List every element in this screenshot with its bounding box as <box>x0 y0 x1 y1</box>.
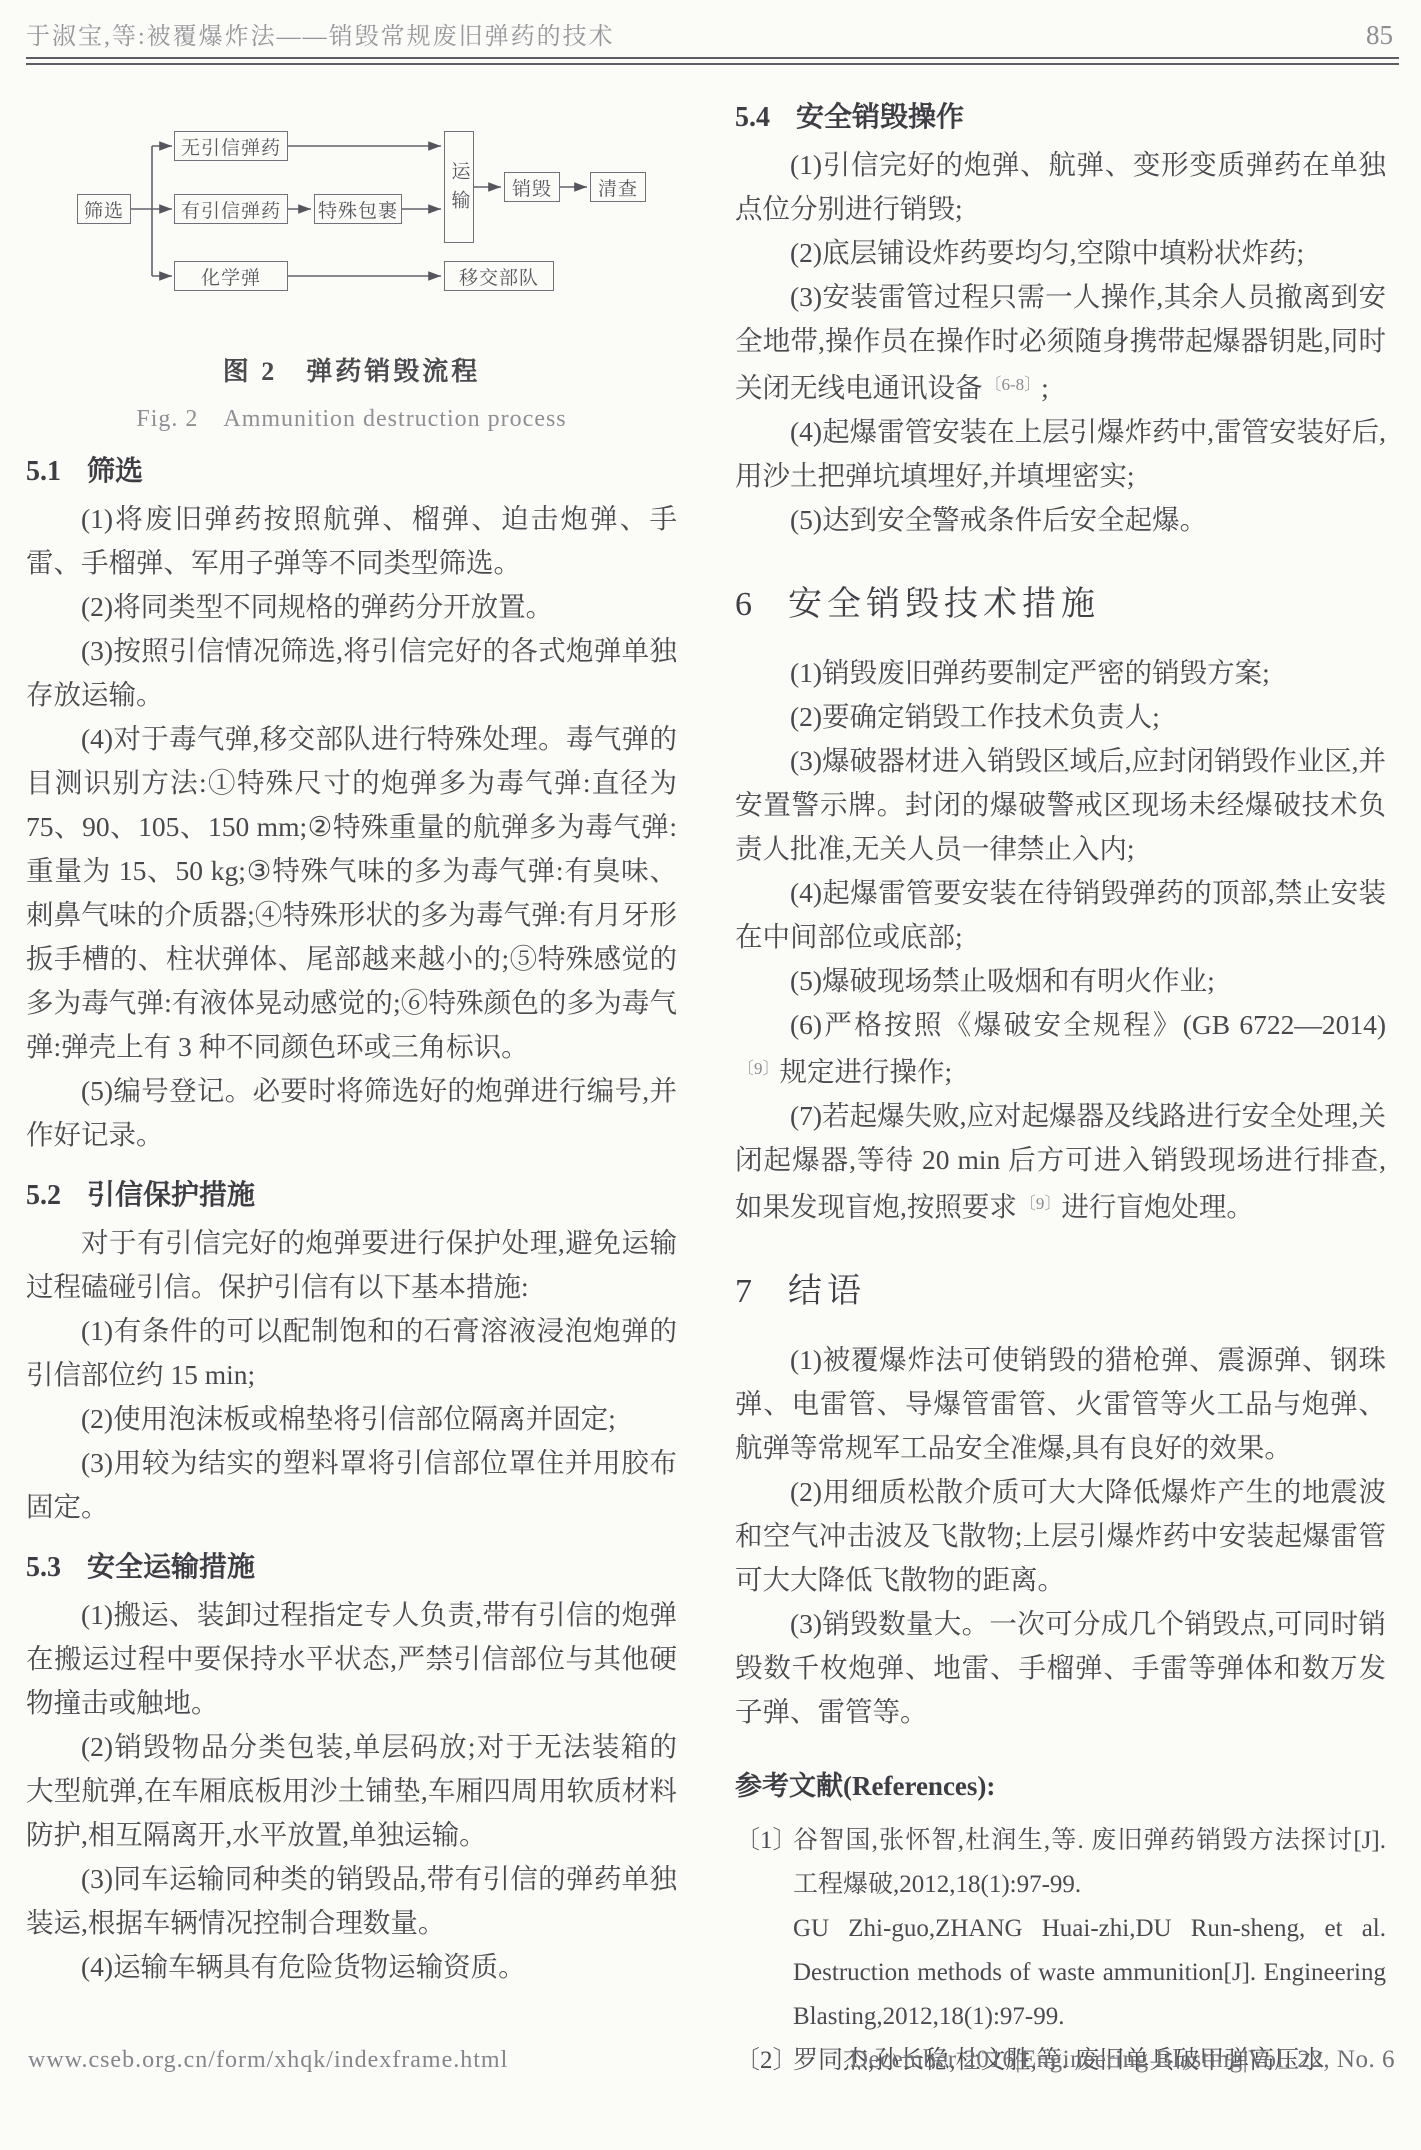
section-heading-5-4: 5.4安全销毁操作 <box>735 95 1386 135</box>
paragraph: (4)运输车辆具有危险货物运输资质。 <box>26 1945 677 1989</box>
citation-superscript: 〔6-8〕 <box>985 375 1042 394</box>
section-heading-5-2: 5.2引信保护措施 <box>26 1173 677 1213</box>
paragraph: (1)有条件的可以配制饱和的石膏溶液浸泡炮弹的引信部位约 15 min; <box>26 1309 677 1397</box>
section-heading-7: 7结语 <box>735 1263 1386 1312</box>
paragraph: (2)将同类型不同规格的弹药分开放置。 <box>26 585 677 629</box>
reference-marker: 〔1〕 <box>735 1819 793 2039</box>
paragraph: (2)销毁物品分类包装,单层码放;对于无法装箱的大型航弹,在车厢底板用沙土铺垫,… <box>26 1725 677 1857</box>
right-column: 5.4安全销毁操作 (1)引信完好的炮弹、航弹、变形变质弹药在单独点位分别进行销… <box>735 75 1386 2083</box>
flowchart-figure: 筛选 无引信弹药 有引信弹药 特殊包裹 化学弹 运输 销毁 清查 移交部队 <box>52 91 652 323</box>
footer-issue-info: December 2016|Engineering Blasting|Vol. … <box>850 2046 1395 2074</box>
flow-node-screening: 筛选 <box>77 194 131 224</box>
reference-text-zh: 谷智国,张怀智,杜润生,等. 废旧弹药销毁方法探讨[J]. 工程爆破,2012,… <box>793 1827 1386 1898</box>
figure-caption-en: Fig. 2 Ammunition destruction process <box>26 398 677 433</box>
section-title: 安全销毁操作 <box>796 102 964 133</box>
paragraph-text: (3)安装雷管过程只需一人操作,其余人员撤离到安全地带,操作员在操作时必须随身携… <box>735 281 1386 403</box>
paragraph-text: (6)严格按照《爆破安全规程》(GB 6722—2014) <box>790 1009 1386 1040</box>
section-number: 7 <box>735 1273 752 1310</box>
page-number: 85 <box>1366 20 1393 51</box>
section-heading-5-3: 5.3安全运输措施 <box>26 1545 677 1585</box>
paragraph: 对于有引信完好的炮弹要进行保护处理,避免运输过程磕碰引信。保护引信有以下基本措施… <box>26 1221 677 1309</box>
paragraph-text: 规定进行操作; <box>780 1056 953 1087</box>
section-number: 6 <box>735 586 752 623</box>
left-column: 筛选 无引信弹药 有引信弹药 特殊包裹 化学弹 运输 销毁 清查 移交部队 图 … <box>26 75 677 2083</box>
paragraph: (3)按照引信情况筛选,将引信完好的各式炮弹单独存放运输。 <box>26 629 677 717</box>
running-head-title: 于淑宝,等:被覆爆炸法——销毁常规废旧弹药的技术 <box>26 16 615 51</box>
paragraph: (3)爆破器材进入销毁区域后,应封闭销毁作业区,并安置警示牌。封闭的爆破警戒区现… <box>735 739 1386 871</box>
paragraph: (3)销毁数量大。一次可分成几个销毁点,可同时销毁数千枚炮弹、地雷、手榴弹、手雷… <box>735 1602 1386 1734</box>
paragraph: (1)被覆爆炸法可使销毁的猎枪弹、震源弹、钢珠弹、电雷管、导爆管雷管、火雷管等火… <box>735 1338 1386 1470</box>
paragraph: (6)严格按照《爆破安全规程》(GB 6722—2014)〔9〕规定进行操作; <box>735 1003 1386 1094</box>
flow-node-handover-to-army: 移交部队 <box>444 261 554 291</box>
paragraph: (4)起爆雷管安装在上层引爆炸药中,雷管安装好后,用沙土把弹坑填埋好,并填埋密实… <box>735 410 1386 498</box>
paragraph: (1)搬运、装卸过程指定专人负责,带有引信的炮弹在搬运过程中要保持水平状态,严禁… <box>26 1593 677 1725</box>
reference-text-en: GU Zhi-guo,ZHANG Huai-zhi,DU Run-sheng, … <box>793 1915 1386 2030</box>
references-heading: 参考文献(References): <box>735 1764 1386 1803</box>
paragraph: (2)底层铺设炸药要均匀,空隙中填粉状炸药; <box>735 231 1386 275</box>
paragraph: (2)使用泡沫板或棉垫将引信部位隔离并固定; <box>26 1397 677 1441</box>
flow-node-transport: 运输 <box>444 131 474 243</box>
header-double-rule <box>26 57 1399 65</box>
paragraph-text: 进行盲炮处理。 <box>1061 1191 1254 1222</box>
page-header: 于淑宝,等:被覆爆炸法——销毁常规废旧弹药的技术 85 <box>0 0 1421 65</box>
section-number: 5.1 <box>26 456 61 487</box>
flow-node-destroy: 销毁 <box>504 172 560 202</box>
paragraph: (5)爆破现场禁止吸烟和有明火作业; <box>735 959 1386 1003</box>
flow-node-inspect: 清查 <box>590 172 646 202</box>
section-heading-5-1: 5.1筛选 <box>26 449 677 489</box>
paragraph: (2)用细质松散介质可大大降低爆炸产生的地震波和空气冲击波及飞散物;上层引爆炸药… <box>735 1470 1386 1602</box>
reference-item: 〔1〕 谷智国,张怀智,杜润生,等. 废旧弹药销毁方法探讨[J]. 工程爆破,2… <box>735 1819 1386 2039</box>
flow-node-no-fuze-ammo: 无引信弹药 <box>174 131 288 161</box>
footer-journal-url: www.cseb.org.cn/form/xhqk/indexframe.htm… <box>28 2047 508 2074</box>
section-number: 5.3 <box>26 1552 61 1583</box>
figure-caption-zh: 图 2 弹药销毁流程 <box>26 351 677 388</box>
paragraph: (5)达到安全警戒条件后安全起爆。 <box>735 498 1386 542</box>
paragraph: (3)同车运输同种类的销毁品,带有引信的弹药单独装运,根据车辆情况控制合理数量。 <box>26 1857 677 1945</box>
paragraph: (4)对于毒气弹,移交部队进行特殊处理。毒气弹的目测识别方法:①特殊尺寸的炮弹多… <box>26 717 677 1069</box>
section-number: 5.4 <box>735 102 770 133</box>
paragraph: (5)编号登记。必要时将筛选好的炮弹进行编号,并作好记录。 <box>26 1069 677 1157</box>
citation-superscript: 〔9〕 <box>737 1059 780 1078</box>
section-title: 筛选 <box>87 456 143 487</box>
paragraph: (3)安装雷管过程只需一人操作,其余人员撤离到安全地带,操作员在操作时必须随身携… <box>735 275 1386 410</box>
paragraph: (1)将废旧弹药按照航弹、榴弹、迫击炮弹、手雷、手榴弹、军用子弹等不同类型筛选。 <box>26 497 677 585</box>
section-title: 结语 <box>788 1273 866 1310</box>
paragraph: (7)若起爆失败,应对起爆器及线路进行安全处理,关闭起爆器,等待 20 min … <box>735 1094 1386 1229</box>
paragraph: (4)起爆雷管要安装在待销毁弹药的顶部,禁止安装在中间部位或底部; <box>735 871 1386 959</box>
page-footer: www.cseb.org.cn/form/xhqk/indexframe.htm… <box>28 2046 1395 2074</box>
section-heading-6: 6安全销毁技术措施 <box>735 576 1386 625</box>
two-column-body: 筛选 无引信弹药 有引信弹药 特殊包裹 化学弹 运输 销毁 清查 移交部队 图 … <box>0 75 1421 2083</box>
section-title: 引信保护措施 <box>87 1180 255 1211</box>
paragraph: (3)用较为结实的塑料罩将引信部位罩住并用胶布固定。 <box>26 1441 677 1529</box>
paragraph: (2)要确定销毁工作技术负责人; <box>735 695 1386 739</box>
paragraph: (1)引信完好的炮弹、航弹、变形变质弹药在单独点位分别进行销毁; <box>735 143 1386 231</box>
paragraph-text: ; <box>1041 372 1049 403</box>
flow-node-fuzed-ammo: 有引信弹药 <box>174 194 288 224</box>
paragraph: (1)销毁废旧弹药要制定严密的销毁方案; <box>735 651 1386 695</box>
section-title: 安全销毁技术措施 <box>788 586 1100 623</box>
flow-node-special-packing: 特殊包裹 <box>314 194 402 224</box>
citation-superscript: 〔9〕 <box>1019 1194 1062 1213</box>
section-number: 5.2 <box>26 1180 61 1211</box>
section-title: 安全运输措施 <box>87 1552 255 1583</box>
flow-node-chemical-shell: 化学弹 <box>174 261 288 291</box>
